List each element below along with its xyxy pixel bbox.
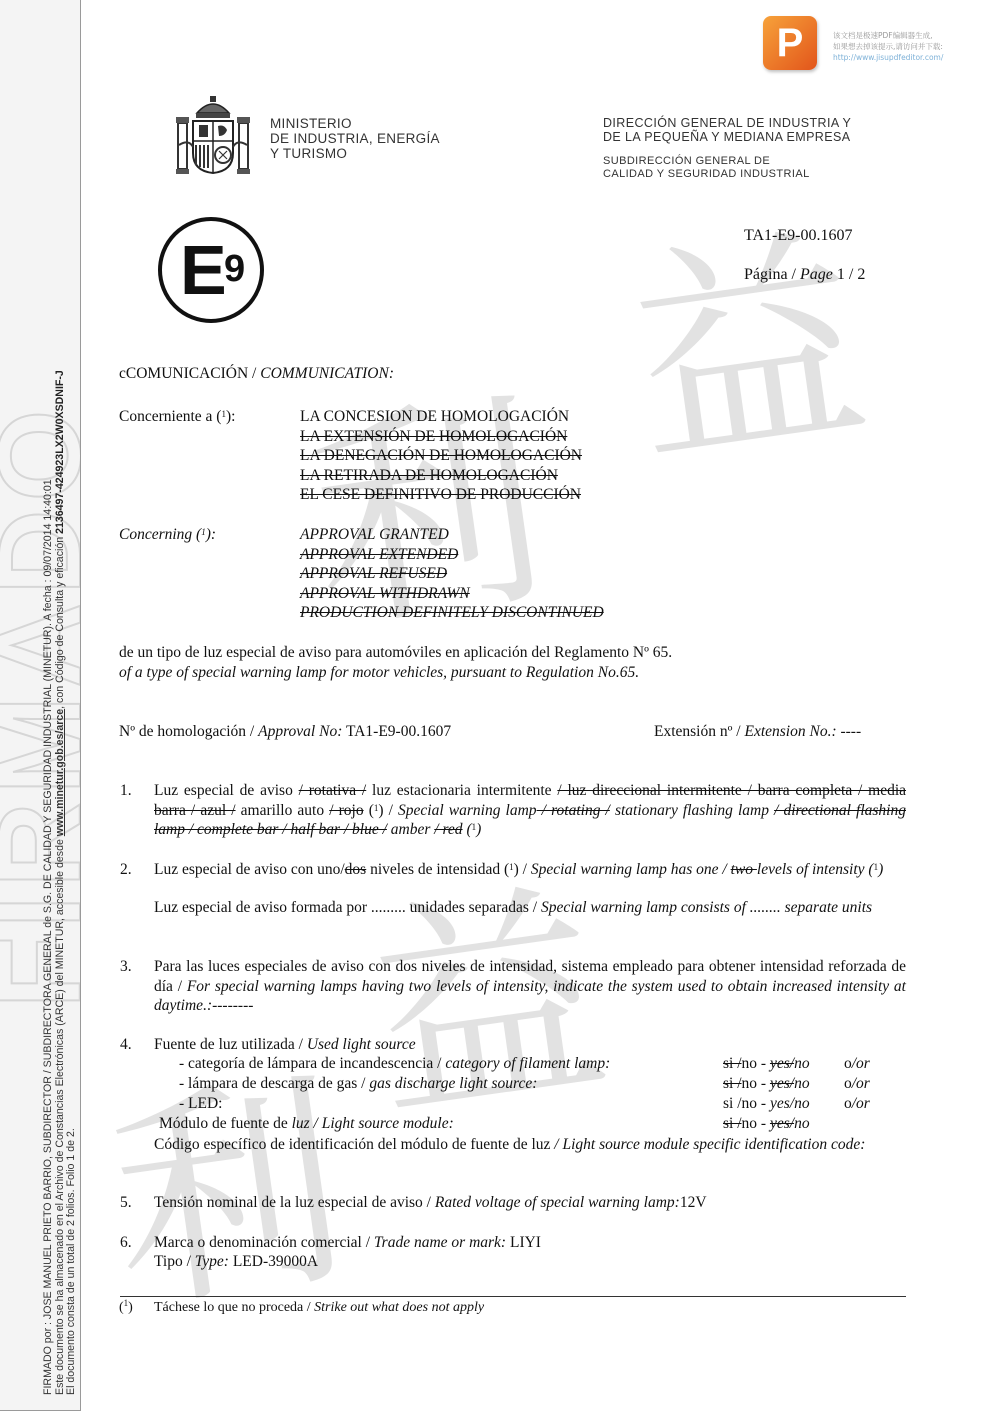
signature-strip: FIRMADO FIRMADO por : JOSE MANUEL PRIETO… bbox=[0, 0, 81, 1411]
document-reference: TA1-E9-00.1607 bbox=[744, 227, 852, 245]
concerning-es-label: Concerniente a (1): bbox=[119, 407, 235, 427]
or-choice: o/or bbox=[844, 1075, 870, 1093]
footnote-mark: (1) bbox=[119, 1300, 133, 1316]
extension-number: Extensión nº / Extension No.: ---- bbox=[654, 722, 861, 742]
item-3: Para las luces especiales de aviso con d… bbox=[154, 957, 906, 1016]
option-struck: APPROVAL REFUSED bbox=[300, 564, 604, 584]
subdirectorate-name: SUBDIRECCIÓN GENERAL DE CALIDAD Y SEGURI… bbox=[603, 155, 810, 180]
option-struck: APPROVAL EXTENDED bbox=[300, 545, 604, 565]
item-5: Tensión nominal de la luz especial de av… bbox=[154, 1193, 906, 1213]
item-number: 6. bbox=[120, 1233, 132, 1253]
concerning-es-options: LA CONCESION DE HOMOLOGACIÓN LA EXTENSIÓ… bbox=[300, 407, 582, 505]
option-struck: EL CESE DEFINITIVO DE PRODUCCIÓN bbox=[300, 485, 582, 505]
option: LA CONCESION DE HOMOLOGACIÓN bbox=[300, 407, 582, 427]
yes-no-choice: si /no - yes/no bbox=[723, 1095, 810, 1113]
item-1: Luz especial de aviso / rotativa / luz e… bbox=[154, 781, 906, 840]
arce-link[interactable]: www.minetur.gob.es/arce bbox=[54, 709, 66, 836]
pdf-editor-note: 该文档是极速PDF编辑器生成, 如果想去掉该提示,请访问并下载: http://… bbox=[833, 30, 943, 63]
ministry-name: MINISTERIO DE INDUSTRIA, ENERGÍA Y TURIS… bbox=[270, 116, 440, 161]
type-line-es: de un tipo de luz especial de aviso para… bbox=[119, 643, 672, 663]
yes-no-choice: si /no - yes/no bbox=[723, 1055, 810, 1073]
verification-code: 2136497-424923LX2W0XSDNIF-J bbox=[54, 370, 66, 534]
item-number: 4. bbox=[120, 1035, 132, 1055]
item-number: 3. bbox=[120, 957, 132, 977]
option-struck: LA EXTENSIÓN DE HOMOLOGACIÓN bbox=[300, 427, 582, 447]
yes-no-choice: si /no - yes/no bbox=[723, 1075, 810, 1093]
item-6-type: Tipo / Type: LED-39000A bbox=[154, 1252, 906, 1272]
option-struck: LA RETIRADA DE HOMOLOGACIÓN bbox=[300, 466, 582, 486]
item-2b: Luz especial de aviso formada por ......… bbox=[154, 898, 906, 918]
pdf-editor-url[interactable]: http://www.jisupdfeditor.com/ bbox=[833, 52, 943, 63]
or-choice: o/or bbox=[844, 1095, 870, 1113]
option-struck: LA DENEGACIÓN DE HOMOLOGACIÓN bbox=[300, 446, 582, 466]
concerning-en-options: APPROVAL GRANTED APPROVAL EXTENDED APPRO… bbox=[300, 525, 604, 623]
item-number: 1. bbox=[120, 781, 132, 801]
option-struck: PRODUCTION DEFINITELY DISCONTINUED bbox=[300, 603, 604, 623]
light-source-row: - LED: bbox=[179, 1095, 222, 1113]
e9-approval-mark-icon: E 9 bbox=[158, 217, 264, 323]
yes-no-choice: si /no - yes/no bbox=[723, 1115, 810, 1133]
signature-line-3: El documento consta de un total de 2 fol… bbox=[66, 370, 78, 1395]
light-source-row: - lámpara de descarga de gas / gas disch… bbox=[179, 1075, 537, 1093]
footnote-divider bbox=[120, 1296, 906, 1297]
option: APPROVAL GRANTED bbox=[300, 525, 604, 545]
spain-coat-of-arms-icon bbox=[175, 95, 251, 175]
pdf-editor-logo-icon: P bbox=[763, 16, 817, 70]
concerning-en-label: Concerning (1): bbox=[119, 525, 216, 545]
watermark-char: 益 bbox=[608, 151, 882, 511]
item-4-code: Código específico de identificación del … bbox=[154, 1135, 906, 1155]
item-4-title: Fuente de luz utilizada / Used light sou… bbox=[154, 1035, 906, 1055]
item-6-trade-name: Marca o denominación comercial / Trade n… bbox=[154, 1233, 906, 1253]
approval-number: Nº de homologación / Approval No: TA1-E9… bbox=[119, 722, 451, 742]
signature-text: FIRMADO por : JOSE MANUEL PRIETO BARRIO,… bbox=[43, 370, 78, 1395]
light-source-row: - categoría de lámpara de incandescencia… bbox=[179, 1055, 610, 1073]
item-number: 5. bbox=[120, 1193, 132, 1213]
type-line-en: of a type of special warning lamp for mo… bbox=[119, 663, 639, 683]
footnote-text: Táchese lo que no proceda / Strike out w… bbox=[154, 1300, 484, 1316]
item-number: 2. bbox=[120, 860, 132, 880]
option-struck: APPROVAL WITHDRAWN bbox=[300, 584, 604, 604]
directorate-name: DIRECCIÓN GENERAL DE INDUSTRIA Y DE LA P… bbox=[603, 117, 851, 144]
page-number: Página / Page 1 / 2 bbox=[744, 266, 865, 284]
or-choice: o/or bbox=[844, 1055, 870, 1073]
light-source-module-row: Módulo de fuente de luz / Light source m… bbox=[159, 1115, 454, 1133]
item-2a: Luz especial de aviso con uno/dos nivele… bbox=[154, 860, 906, 880]
communication-heading: cCOMUNICACIÓN / COMMUNICATION: bbox=[119, 364, 394, 384]
